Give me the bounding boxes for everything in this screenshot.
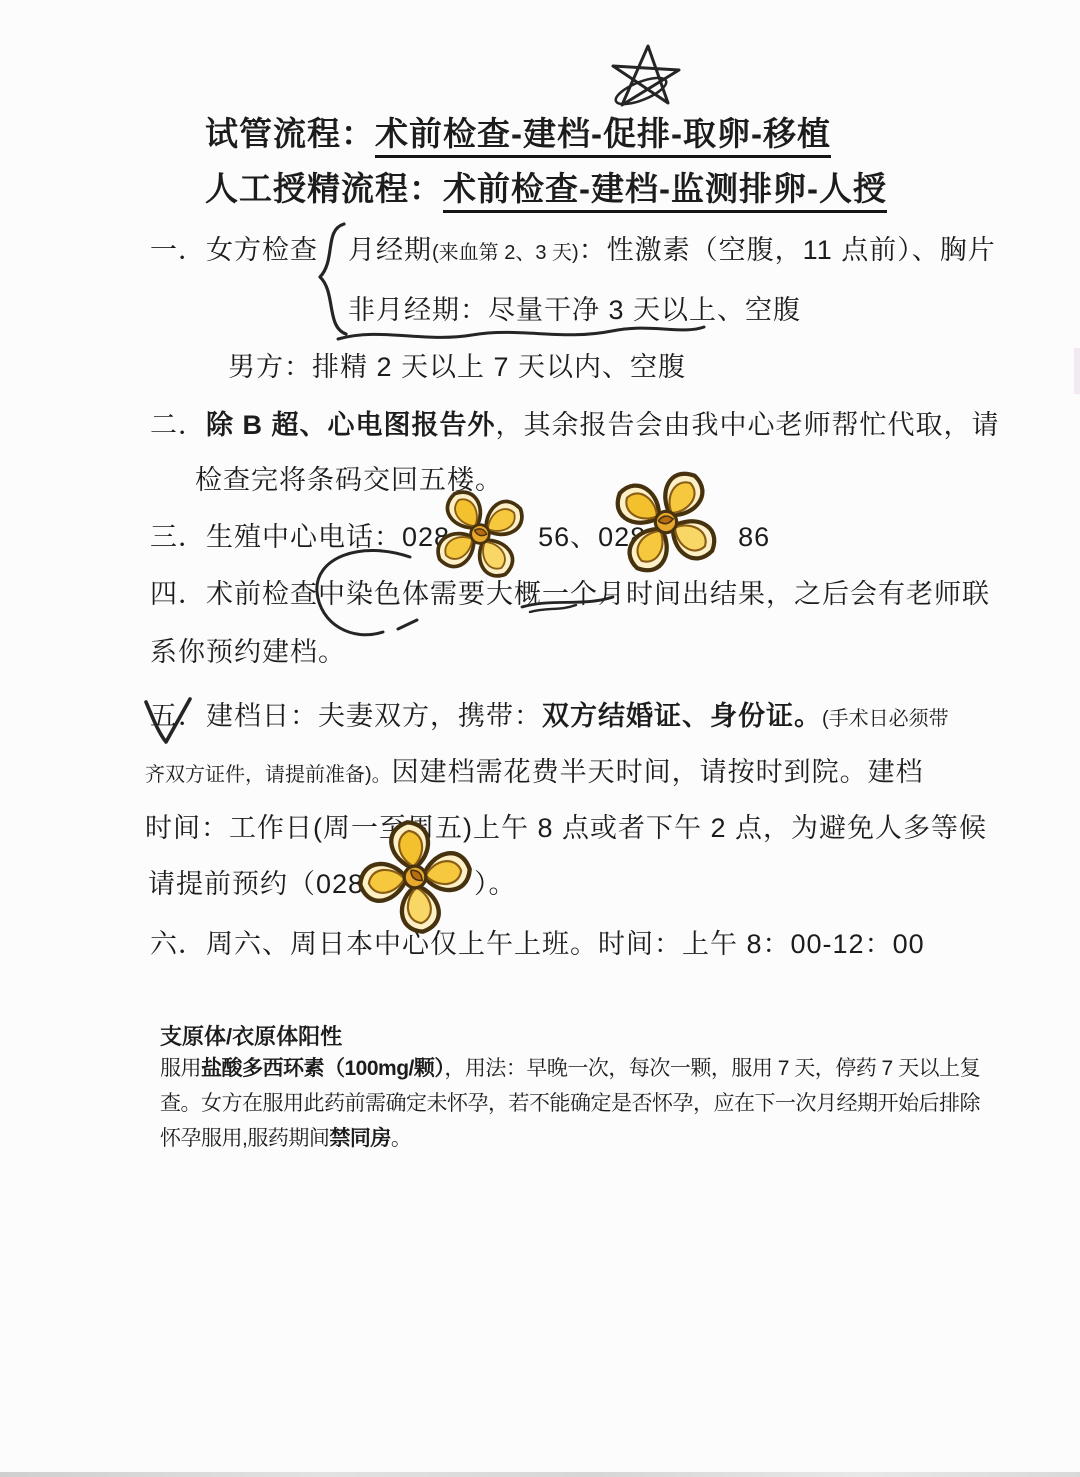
item1-branch1: 月经期(来血第 2、3 天)：性激素（空腹，11 点前）、胸片: [348, 228, 996, 267]
item1-male: 男方：排精 2 天以上 7 天以内、空腹: [228, 345, 686, 384]
item1-lead: 一．女方检查: [150, 228, 318, 267]
item4-line1: 四．术前检查中染色体需要大概一个月时间出结果，之后会有老师联: [150, 572, 990, 611]
footer-line2: 查。女方在服用此药前需确定未怀孕，若不能确定是否怀孕，应在下一次月经期开始后排除: [160, 1087, 980, 1117]
footer-line1: 服用盐酸多西环素（100mg/颗），用法：早晚一次，每次一颗，服用 7 天，停药…: [160, 1052, 980, 1082]
scanned-document-page: 试管流程：术前检查-建档-促排-取卵-移植 人工授精流程：术前检查-建档-监测排…: [0, 0, 1080, 1477]
phone2-tail: 86: [738, 522, 770, 552]
title-iui-prefix: 人工授精流程：: [205, 170, 443, 207]
title-iui-steps: 术前检查-建档-监测排卵-人授: [443, 170, 887, 213]
item5-line2: 齐双方证件，请提前准备)。因建档需花费半天时间，请按时到院。建档: [145, 750, 924, 789]
flower-sticker-2: [594, 450, 739, 595]
item1-branch2: 非月经期：尽量干净 3 天以上、空腹: [348, 288, 801, 327]
footer-drug-name: 盐酸多西环素（100mg/颗）: [201, 1057, 444, 1080]
brace-icon: [320, 224, 346, 334]
item2-bold: 除 B 超、心电图报告外: [206, 410, 496, 440]
item5-line3: 时间：工作日(周一至周五)上午 8 点或者下午 2 点，为避免人多等候: [145, 806, 987, 845]
wavy-underline-icon: [338, 327, 704, 339]
title-iui-flow: 人工授精流程：术前检查-建档-监测排卵-人授: [205, 163, 887, 210]
item6-line: 六．周六、周日本中心仅上午上班。时间：上午 8：00-12：00: [150, 922, 925, 961]
item1-branch1-rest: ：性激素（空腹，11 点前）、胸片: [579, 235, 996, 265]
scan-edge-artifact: [1074, 348, 1080, 394]
hand-annotations-layer: [0, 0, 1080, 1477]
item4-line2: 系你预约建档。: [150, 630, 346, 669]
item1-branch1-note: (来血第 2、3 天): [432, 242, 579, 264]
footer-line3: 怀孕服用,服药期间禁同房。: [160, 1122, 411, 1152]
title-ivf-prefix: 试管流程：: [205, 115, 375, 152]
title-ivf-steps: 术前检查-建档-促排-取卵-移植: [375, 115, 831, 158]
item2-line1: 二．除 B 超、心电图报告外，其余报告会由我中心老师帮忙代取，请: [150, 403, 1000, 442]
item5-line1: 五．建档日：夫妻双方，携带：双方结婚证、身份证。(手术日必须带: [150, 694, 949, 733]
title-ivf-flow: 试管流程：术前检查-建档-促排-取卵-移植: [205, 108, 831, 155]
item5-bold-certs: 双方结婚证、身份证。: [542, 701, 822, 731]
footer-heading: 支原体/衣原体阳性: [160, 1020, 342, 1051]
scan-bottom-edge: [0, 1472, 1080, 1477]
footer-forbidden: 禁同房: [329, 1127, 391, 1150]
item1-branch1-head: 月经期: [348, 235, 432, 265]
